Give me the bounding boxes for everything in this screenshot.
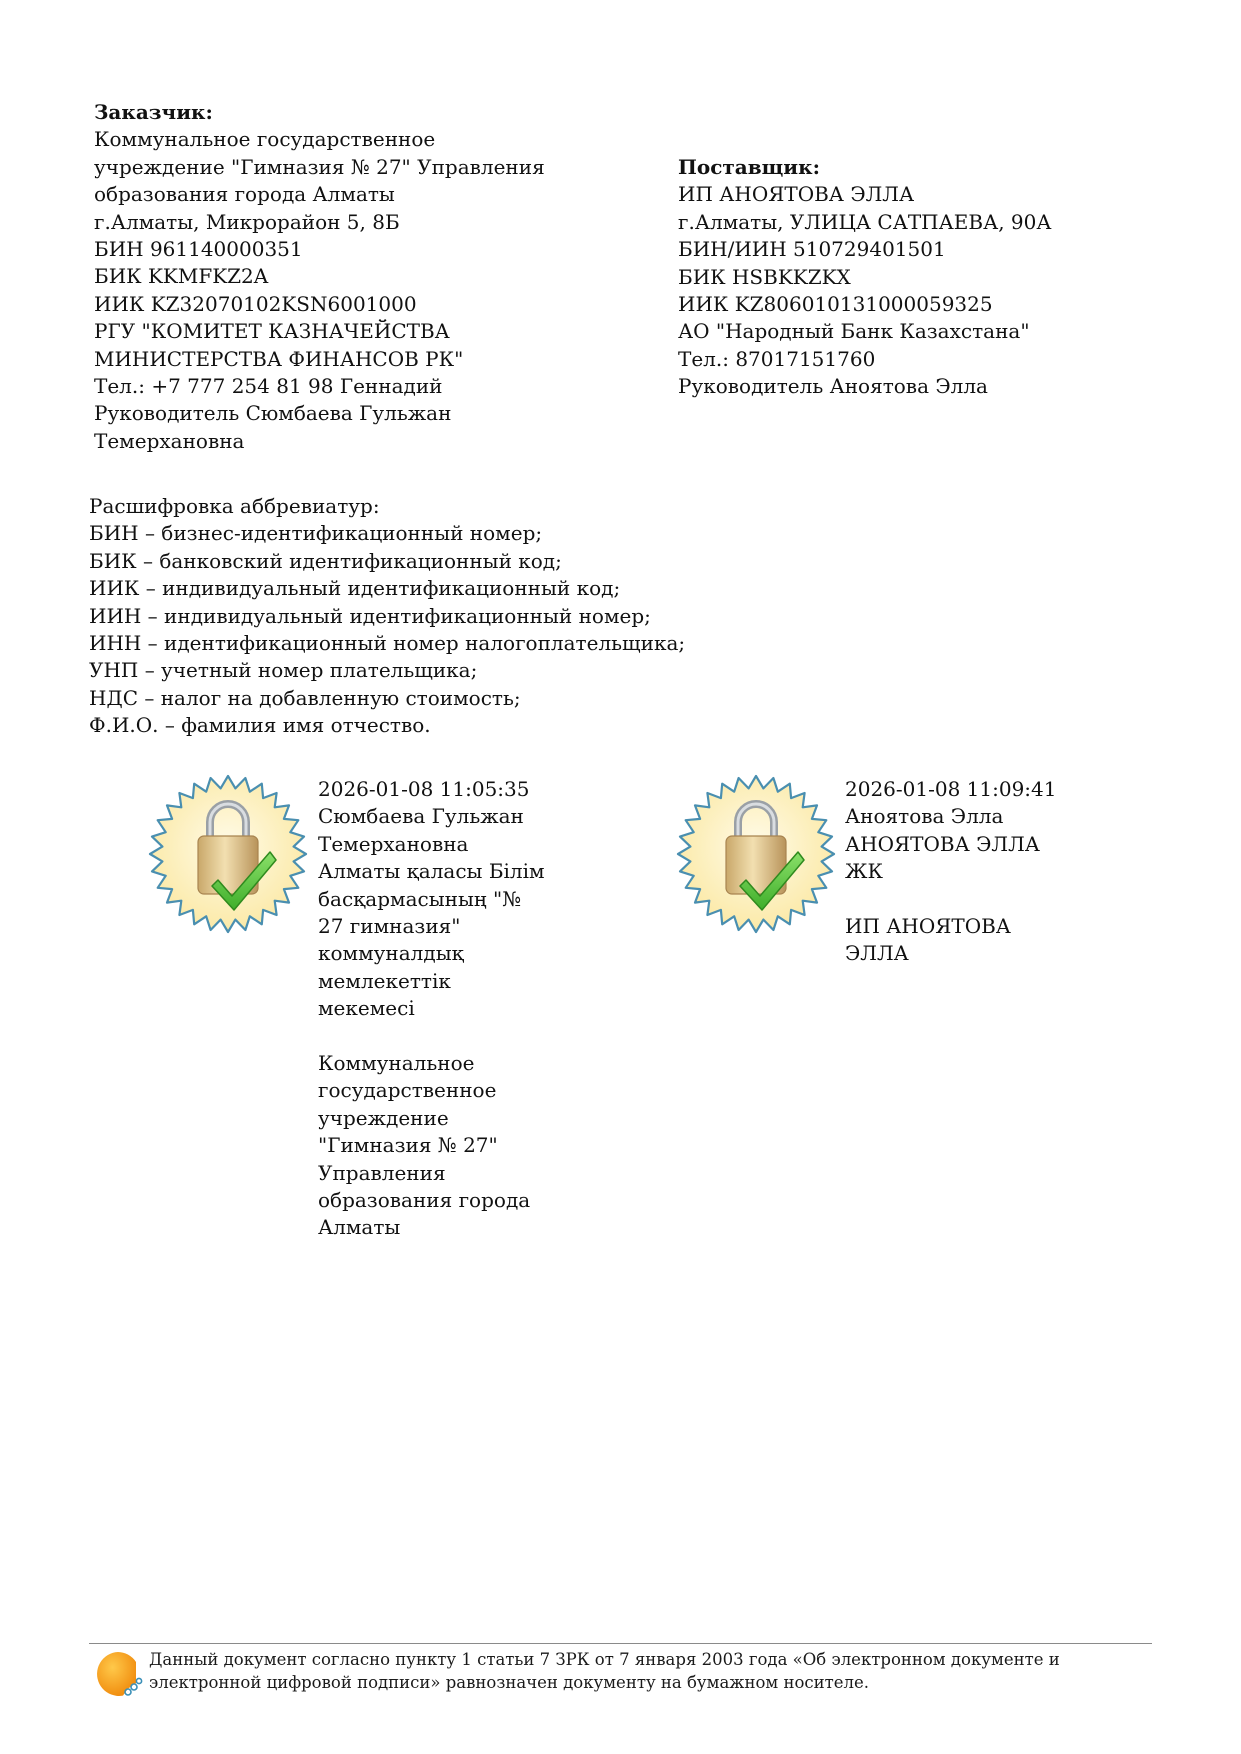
customer-line: учреждение "Гимназия № 27" Управления (94, 154, 545, 181)
signature-line: ИП АНОЯТОВА (845, 913, 1057, 940)
supplier-heading: Поставщик: (678, 154, 1052, 181)
abbreviation-item: НДС – налог на добавленную стоимость; (89, 685, 685, 712)
abbreviation-item: УНП – учетный номер плательщика; (89, 657, 685, 684)
abbreviation-item: ИИН – индивидуальный идентификационный н… (89, 603, 685, 630)
customer-line: Тел.: +7 777 254 81 98 Геннадий (94, 373, 545, 400)
footer-divider (89, 1643, 1152, 1644)
supplier-line: БИК HSBKKZKX (678, 264, 1052, 291)
signature-line: ЖК (845, 858, 1057, 885)
abbreviation-item: ИНН – идентификационный номер налогоплат… (89, 630, 685, 657)
supplier-line: Руководитель Аноятова Элла (678, 373, 1052, 400)
signature-seal-icon (676, 772, 836, 937)
supplier-line: Тел.: 87017151760 (678, 346, 1052, 373)
signature-line: коммуналдық (318, 940, 545, 967)
abbreviation-item: Ф.И.О. – фамилия имя отчество. (89, 712, 685, 739)
signature-line: государственное (318, 1077, 545, 1104)
abbreviations-title: Расшифровка аббревиатур: (89, 493, 685, 520)
footer-line: Данный документ согласно пункту 1 статьи… (149, 1648, 1060, 1671)
abbreviation-item: БИК – банковский идентификационный код; (89, 548, 685, 575)
customer-heading: Заказчик: (94, 99, 545, 126)
supplier-line: ИП АНОЯТОВА ЭЛЛА (678, 181, 1052, 208)
signature-line: "Гимназия № 27" (318, 1132, 545, 1159)
signature-line: 27 гимназия" (318, 913, 545, 940)
footer-legal-notice: Данный документ согласно пункту 1 статьи… (149, 1648, 1060, 1694)
signature-timestamp: 2026-01-08 11:09:41 (845, 776, 1057, 803)
footer-line: электронной цифровой подписи» равнозначе… (149, 1671, 1060, 1694)
signature-supplier: 2026-01-08 11:09:41 Аноятова Элла АНОЯТО… (845, 776, 1057, 968)
signature-line: Алматы қаласы Білім (318, 858, 545, 885)
supplier-line: АО "Народный Банк Казахстана" (678, 318, 1052, 345)
signature-line: басқармасының "№ (318, 886, 545, 913)
customer-line: Руководитель Сюмбаева Гульжан (94, 400, 545, 427)
signature-line: Сюмбаева Гульжан (318, 803, 545, 830)
signature-line (845, 886, 1057, 913)
signature-line: образования города (318, 1187, 545, 1214)
signature-line: ЭЛЛА (845, 940, 1057, 967)
abbreviation-item: БИН – бизнес-идентификационный номер; (89, 520, 685, 547)
signature-customer: 2026-01-08 11:05:35 Сюмбаева Гульжан Тем… (318, 776, 545, 1242)
signature-line: АНОЯТОВА ЭЛЛА (845, 831, 1057, 858)
supplier-line: БИН/ИИН 510729401501 (678, 236, 1052, 263)
customer-line: РГУ "КОМИТЕТ КАЗНАЧЕЙСТВА (94, 318, 545, 345)
signature-timestamp: 2026-01-08 11:05:35 (318, 776, 545, 803)
customer-line: Темерхановна (94, 428, 545, 455)
customer-details: Заказчик: Коммунальное государственное у… (94, 99, 545, 455)
signature-seal-icon (148, 772, 308, 937)
egov-sun-logo-icon (92, 1648, 144, 1700)
supplier-details: Поставщик: ИП АНОЯТОВА ЭЛЛА г.Алматы, УЛ… (678, 154, 1052, 401)
signature-line: Темерхановна (318, 831, 545, 858)
signature-line: Коммунальное (318, 1050, 545, 1077)
customer-line: БИН 961140000351 (94, 236, 545, 263)
abbreviations-list: Расшифровка аббревиатур: БИН – бизнес-ид… (89, 493, 685, 740)
signature-line: Управления (318, 1160, 545, 1187)
signature-line: Аноятова Элла (845, 803, 1057, 830)
customer-line: ИИК KZ32070102KSN6001000 (94, 291, 545, 318)
supplier-line: ИИК KZ806010131000059325 (678, 291, 1052, 318)
customer-line: образования города Алматы (94, 181, 545, 208)
supplier-line: г.Алматы, УЛИЦА САТПАЕВА, 90А (678, 209, 1052, 236)
signature-line: мемлекеттік (318, 968, 545, 995)
customer-line: МИНИСТЕРСТВА ФИНАНСОВ РК" (94, 346, 545, 373)
signature-line: учреждение (318, 1105, 545, 1132)
customer-line: г.Алматы, Микрорайон 5, 8Б (94, 209, 545, 236)
customer-line: Коммунальное государственное (94, 126, 545, 153)
signature-line: Алматы (318, 1214, 545, 1241)
signature-line (318, 1023, 545, 1050)
signature-line: мекемесі (318, 995, 545, 1022)
abbreviation-item: ИИК – индивидуальный идентификационный к… (89, 575, 685, 602)
customer-line: БИК KKMFKZ2A (94, 263, 545, 290)
